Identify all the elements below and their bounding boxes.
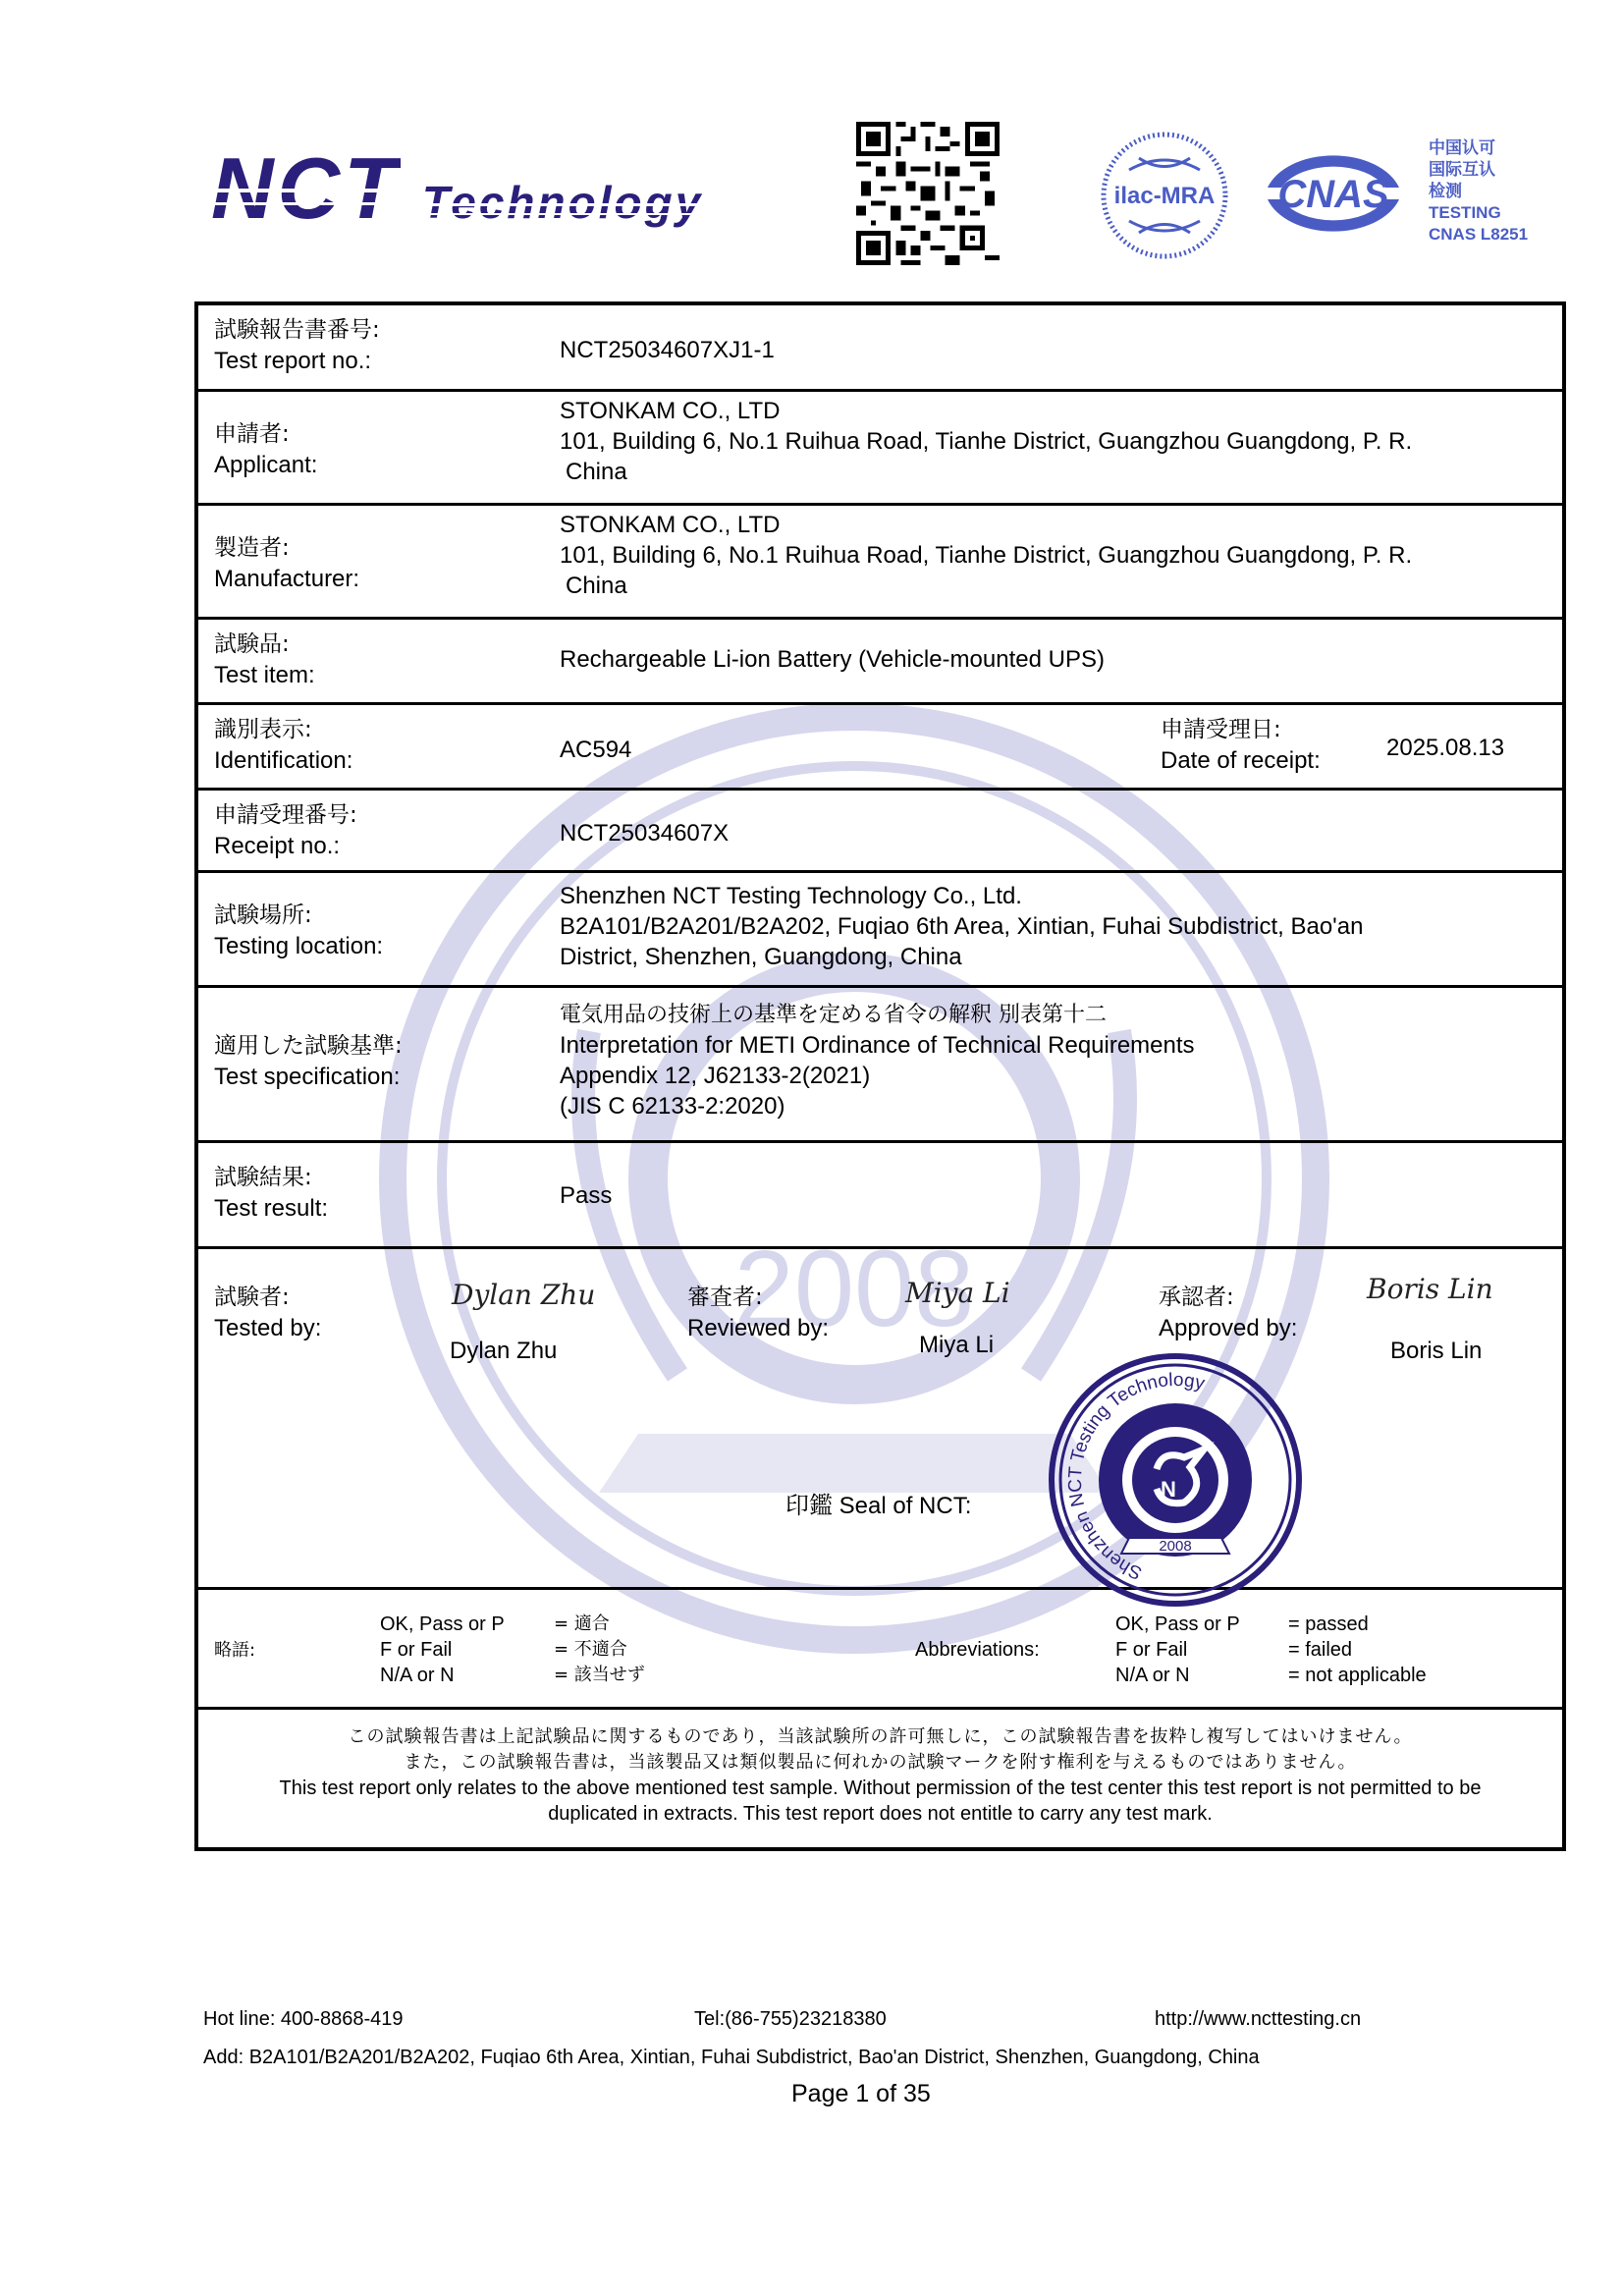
abbr-code: N/A or N [1115,1663,1240,1688]
label-jp: 申請受理番号: [214,800,357,831]
ilac-mra-logo-icon: ilac-MRA [1100,131,1229,260]
abbreviations-en-codes: OK, Pass or P F or Fail N/A or N [1115,1612,1240,1688]
label-en: Approved by: [1159,1313,1297,1343]
label-jp: 識別表示: [214,715,352,745]
row-test-result: 試験結果: Test result: Pass [198,1143,1562,1249]
location-line: District, Shenzhen, Guangdong, China [560,942,1363,972]
approved-by-name: Boris Lin [1390,1336,1482,1366]
label: 試験結果: Test result: [214,1163,328,1224]
tested-by-name: Dylan Zhu [450,1336,557,1366]
abbr-meaning: = 不適合 [554,1637,645,1663]
report-number-value: NCT25034607XJ1-1 [560,335,775,365]
label-en: Test item: [214,660,315,690]
label-en: Receipt no.: [214,831,357,861]
location-line: Shenzhen NCT Testing Technology Co., Ltd… [560,881,1363,911]
label: 製造者: Manufacturer: [214,533,359,594]
applicant-name: STONKAM CO., LTD [560,396,1412,426]
applicant-value: STONKAM CO., LTD 101, Building 6, No.1 R… [560,396,1412,487]
applicant-address-line2: China [560,457,1412,487]
nct-technology-logo: NCTTechnology [211,145,703,232]
label-jp: 申請受理日: [1161,715,1321,745]
cnas-logo-icon: CNAS [1260,138,1407,248]
disclaimer-jp-line2: また，この試験報告書は，当該製品又は類似製品に何れかの試験マークを附す権利を与え… [198,1750,1562,1776]
row-test-item: 試験品: Test item: Rechargeable Li-ion Batt… [198,620,1562,705]
cnas-line: 中国认可 [1429,137,1528,159]
nct-official-seal-icon: N 2008 Shenzhen NCT Testing Technology C… [1047,1351,1304,1609]
label-jp: 承認者: [1159,1283,1297,1313]
approved-by-signature: Boris Lin [1367,1273,1493,1305]
footer-tel: Tel:(86-755)23218380 [694,2008,887,2031]
svg-text:CNAS: CNAS [1277,173,1389,216]
tested-by-label: 試験者: Tested by: [214,1283,321,1343]
cnas-line: TESTING [1429,202,1528,224]
abbreviations-jp-codes: OK, Pass or P F or Fail N/A or N [380,1612,505,1688]
logo-main-text: NCT [211,145,401,232]
approved-by-label: 承認者: Approved by: [1159,1283,1297,1343]
svg-text:N: N [1161,1477,1176,1502]
label: 識別表示: Identification: [214,715,352,776]
label-jp: 申請者: [214,419,317,450]
manufacturer-name: STONKAM CO., LTD [560,510,1412,540]
footer-hotline: Hot line: 400-8868-419 [203,2008,403,2031]
abbr-meaning: = not applicable [1288,1663,1427,1688]
footer-address: Add: B2A101/B2A201/B2A202, Fuqiao 6th Ar… [203,2047,1260,2069]
disclaimer: この試験報告書は上記試験品に関するものであり，当該試験所の許可無しに，この試験報… [198,1724,1562,1827]
report-cover-table: 試験報告書番号: Test report no.: NCT25034607XJ1… [194,301,1566,1851]
abbreviations-label-jp: 略語: [214,1637,255,1664]
spec-line: (JIS C 62133-2:2020) [560,1091,1195,1121]
label-en: Identification: [214,745,352,776]
test-result-value: Pass [560,1180,612,1211]
label-jp: 試験結果: [214,1163,328,1193]
tested-by-signature: Dylan Zhu [452,1279,595,1311]
spec-line: Appendix 12, J62133-2(2021) [560,1061,1195,1091]
date-of-receipt-label: 申請受理日: Date of receipt: [1161,715,1321,776]
label-en: Testing location: [214,931,383,961]
abbr-code: F or Fail [1115,1637,1240,1663]
abbr-code: OK, Pass or P [1115,1612,1240,1637]
label-jp: 適用した試験基準: [214,1031,403,1062]
reviewed-by-name: Miya Li [919,1330,994,1360]
disclaimer-jp-line1: この試験報告書は上記試験品に関するものであり，当該試験所の許可無しに，この試験報… [198,1724,1562,1750]
abbreviations-jp-meanings: = 適合 = 不適合 = 該当せず [554,1612,645,1688]
label-en: Tested by: [214,1313,321,1343]
svg-text:ilac-MRA: ilac-MRA [1114,183,1216,209]
label: 申請者: Applicant: [214,419,317,480]
test-item-value: Rechargeable Li-ion Battery (Vehicle-mou… [560,644,1105,675]
label-jp: 試験場所: [214,901,383,931]
row-identification: 識別表示: Identification: AC594 申請受理日: Date … [198,705,1562,791]
cnas-accreditation-text: 中国认可 国际互认 检测 TESTING CNAS L8251 [1429,137,1528,246]
label: 申請受理番号: Receipt no.: [214,800,357,861]
row-applicant: 申請者: Applicant: STONKAM CO., LTD 101, Bu… [198,392,1562,506]
abbr-meaning: = failed [1288,1637,1427,1663]
label: 試験報告書番号: Test report no.: [214,315,380,376]
reviewed-by-label: 審査者: Reviewed by: [687,1283,829,1343]
footer-website-link[interactable]: http://www.ncttesting.cn [1155,2008,1361,2031]
identification-value: AC594 [560,735,631,765]
abbr-meaning: = passed [1288,1612,1427,1637]
abbr-meaning: = 適合 [554,1612,645,1637]
label-jp: 製造者: [214,533,359,564]
abbr-meaning: = 該当せず [554,1663,645,1688]
label-en: Test result: [214,1193,328,1224]
label-jp: 審査者: [687,1283,829,1313]
row-signatures: 試験者: Tested by: Dylan Zhu Dylan Zhu 審査者:… [198,1249,1562,1590]
test-specification-value: 電気用品の技術上の基準を定める省令の解釈 別表第十二 Interpretatio… [560,1000,1195,1121]
label-en: Test specification: [214,1062,403,1092]
manufacturer-value: STONKAM CO., LTD 101, Building 6, No.1 R… [560,510,1412,601]
spec-line-jp: 電気用品の技術上の基準を定める省令の解釈 別表第十二 [560,1000,1195,1030]
abbr-code: N/A or N [380,1663,505,1688]
seal-label: 印鑑 Seal of NCT: [785,1491,971,1521]
label-en: Date of receipt: [1161,745,1321,776]
label: 試験品: Test item: [214,629,315,690]
date-of-receipt-value: 2025.08.13 [1386,733,1504,763]
label: 適用した試験基準: Test specification: [214,1031,403,1092]
row-abbreviations: 略語: OK, Pass or P F or Fail N/A or N = 適… [198,1590,1562,1710]
manufacturer-address-line2: China [560,571,1412,601]
testing-location-value: Shenzhen NCT Testing Technology Co., Ltd… [560,881,1363,972]
disclaimer-en-line2: duplicated in extracts. This test report… [198,1801,1562,1827]
label-jp: 試験報告書番号: [214,315,380,346]
abbreviations-label-en: Abbreviations: [915,1637,1040,1663]
page-number: Page 1 of 35 [791,2080,931,2108]
svg-text:2008: 2008 [1159,1538,1191,1555]
manufacturer-address: 101, Building 6, No.1 Ruihua Road, Tianh… [560,540,1412,571]
label-en: Test report no.: [214,346,380,376]
abbr-code: F or Fail [380,1637,505,1663]
cnas-line: 国际互认 [1429,159,1528,181]
label-en: Applicant: [214,450,317,480]
label-en: Manufacturer: [214,564,359,594]
spec-line: Interpretation for METI Ordinance of Tec… [560,1030,1195,1061]
row-test-specification: 適用した試験基準: Test specification: 電気用品の技術上の基… [198,988,1562,1143]
cnas-line: 检测 [1429,181,1528,202]
row-receipt-no: 申請受理番号: Receipt no.: NCT25034607X [198,791,1562,873]
receipt-no-value: NCT25034607X [560,818,729,848]
abbreviations-en-meanings: = passed = failed = not applicable [1288,1612,1427,1688]
applicant-address: 101, Building 6, No.1 Ruihua Road, Tianh… [560,426,1412,457]
cnas-line: CNAS L8251 [1429,224,1528,246]
row-manufacturer: 製造者: Manufacturer: STONKAM CO., LTD 101,… [198,506,1562,620]
label-jp: 試験者: [214,1283,321,1313]
label-jp: 試験品: [214,629,315,660]
reviewed-by-signature: Miya Li [905,1277,1010,1309]
row-testing-location: 試験場所: Testing location: Shenzhen NCT Tes… [198,873,1562,988]
label: 試験場所: Testing location: [214,901,383,961]
label-en: Reviewed by: [687,1313,829,1343]
logo-sub-text: Technology [422,176,703,229]
row-test-report-no: 試験報告書番号: Test report no.: NCT25034607XJ1… [198,305,1562,392]
disclaimer-en-line1: This test report only relates to the abo… [198,1776,1562,1801]
location-line: B2A101/B2A201/B2A202, Fuqiao 6th Area, X… [560,911,1363,942]
qr-code-icon [856,122,1000,265]
abbr-code: OK, Pass or P [380,1612,505,1637]
